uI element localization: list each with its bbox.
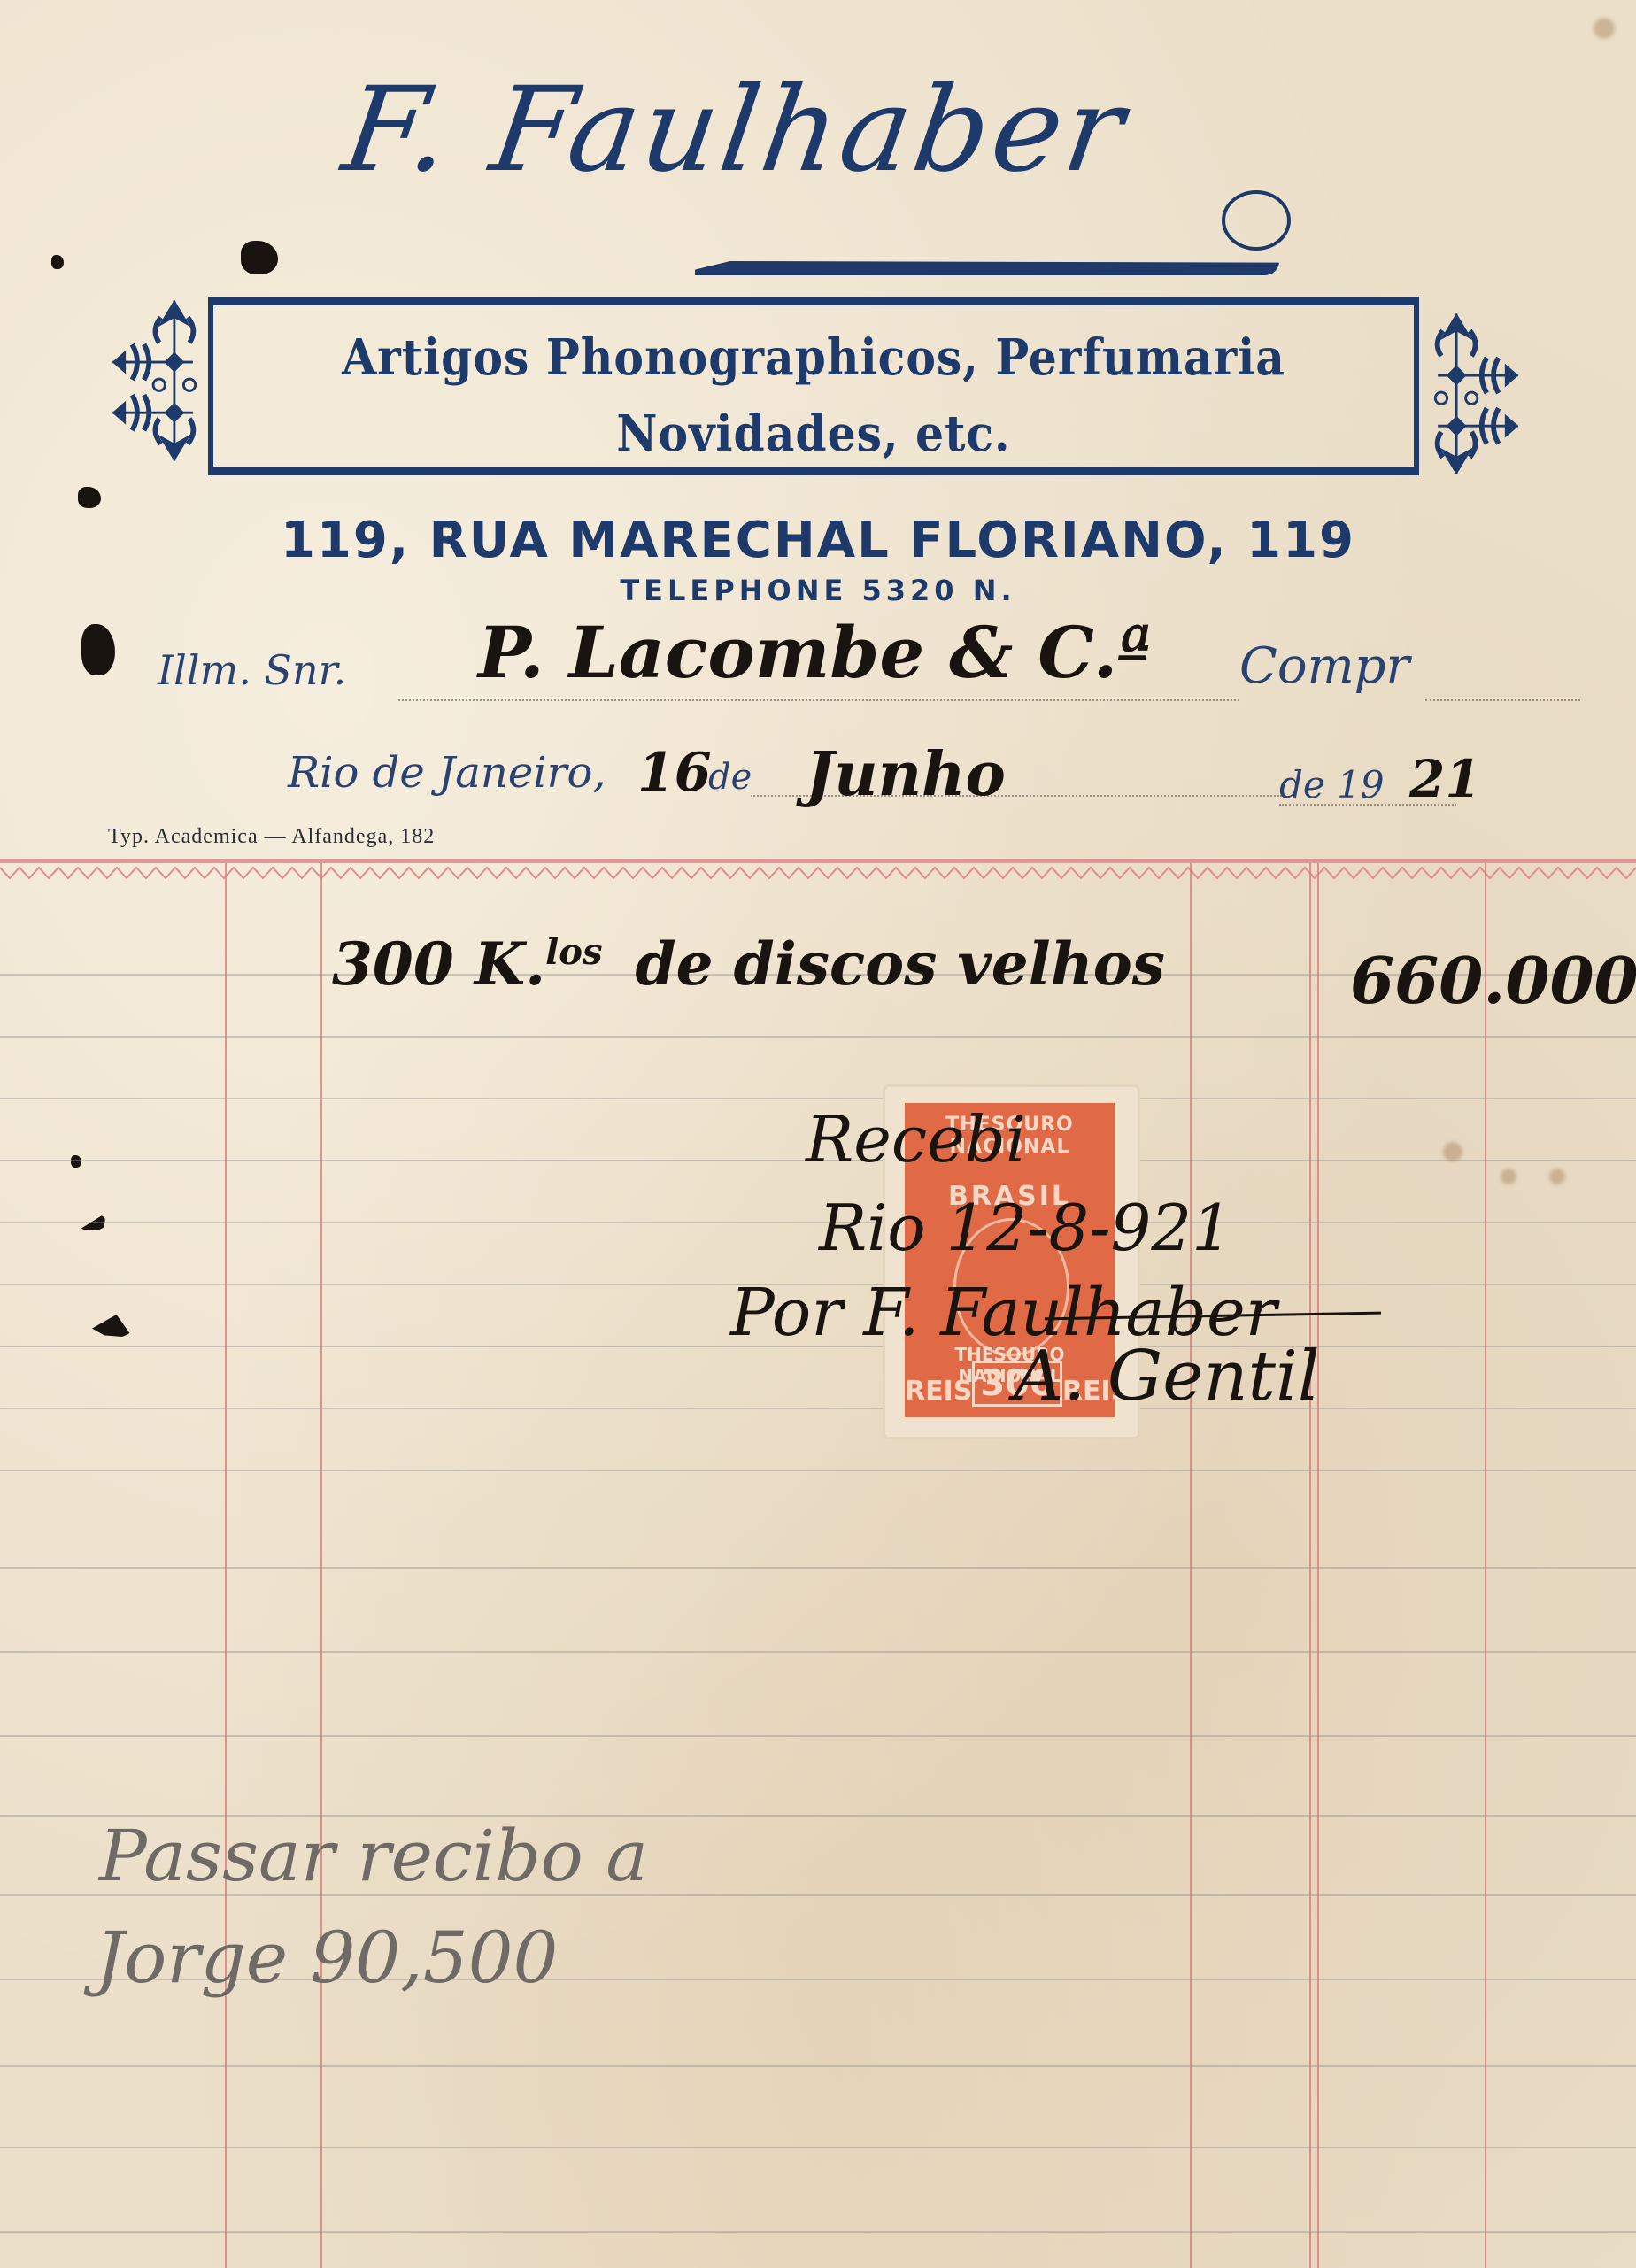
ornament-right-icon <box>1427 305 1524 482</box>
year-line <box>1279 804 1456 806</box>
paper-hole <box>71 1155 81 1168</box>
foxing-stain <box>1549 1169 1565 1184</box>
item-amount[interactable]: 660.000 <box>1350 943 1636 1018</box>
ledger-top-rule <box>0 859 1636 863</box>
ledger-column-rule <box>225 863 227 2268</box>
paper-hole <box>78 487 101 508</box>
foxing-stain <box>1594 18 1615 39</box>
ledger-column-rule <box>1309 863 1311 2268</box>
foxing-stain <box>1443 1142 1462 1161</box>
ledger-row-rule <box>0 1735 1636 1737</box>
ledger-row-rule <box>0 1222 1636 1223</box>
date-day[interactable]: 16 <box>637 742 712 804</box>
ledger-zigzag-border <box>0 865 1636 881</box>
receipt-line-1: Recebi <box>806 1102 1026 1176</box>
salutation-label: Illm. Snr. <box>158 646 346 694</box>
store-address: 119, RUA MARECHAL FLORIANO, 119 <box>0 512 1636 569</box>
banner-tagline-2: Novidades, etc. <box>213 405 1414 463</box>
ledger-row-rule <box>0 2065 1636 2067</box>
ledger-row-rule <box>0 1651 1636 1653</box>
compr-label: Compr <box>1239 637 1409 695</box>
item-unit: K. <box>475 930 545 999</box>
ledger-row-rule <box>0 1036 1636 1038</box>
paper-hole <box>241 241 278 274</box>
brand-flourish <box>1222 190 1291 251</box>
ornament-left-icon <box>106 292 204 469</box>
banner-tagline-1: Artigos Phonographicos, Perfumaria <box>213 328 1414 387</box>
ledger-row-rule <box>0 1408 1636 1409</box>
receipt-signature: A. Gentil <box>1014 1337 1320 1416</box>
ledger-row-rule <box>0 1098 1636 1099</box>
brand-name: F. Faulhaber <box>336 62 1135 198</box>
pencil-note-line-2: Jorge 90,500 <box>96 1917 558 1999</box>
ledger-column-rule <box>1190 863 1192 2268</box>
item-quantity: 300 <box>332 930 454 999</box>
date-month[interactable]: Junho <box>806 739 1006 810</box>
pencil-note-line-1: Passar recibo a <box>99 1815 648 1897</box>
year-label: de 19 <box>1279 763 1385 806</box>
letterhead-banner: Artigos Phonographicos, Perfumaria Novid… <box>208 297 1419 475</box>
de-label: de <box>708 757 752 798</box>
ledger-column-rule <box>1485 863 1486 2268</box>
line-item-row[interactable]: 300 K.los de discos velhos <box>332 930 1165 999</box>
foxing-stain <box>1501 1169 1516 1184</box>
receipt-line-2: Rio 12-8-921 <box>819 1191 1232 1265</box>
ledger-row-rule <box>0 2231 1636 2233</box>
city-label: Rio de Janeiro, <box>288 748 606 798</box>
ledger-column-rule <box>1317 863 1319 2268</box>
paper-hole <box>81 624 115 675</box>
ledger-column-rule <box>320 863 322 2268</box>
stamp-currency-left: REIS <box>905 1376 972 1407</box>
paper-hole <box>92 1315 133 1338</box>
brand-underline-swash <box>695 261 1279 275</box>
ledger-row-rule <box>0 2147 1636 2148</box>
item-description: de discos velhos <box>636 930 1165 999</box>
recipient-line <box>398 699 1239 701</box>
paper-hole <box>51 255 64 269</box>
ledger-row-rule <box>0 1567 1636 1569</box>
item-unit-superscript: los <box>545 931 602 973</box>
printer-credit: Typ. Academica — Alfandega, 182 <box>108 825 435 849</box>
recipient-name[interactable]: P. Lacombe & C.ª <box>478 611 1152 694</box>
year-suffix[interactable]: 21 <box>1409 749 1481 809</box>
ledger-row-rule <box>0 1470 1636 1471</box>
store-telephone: TELEPHONE 5320 N. <box>0 574 1636 607</box>
compr-line <box>1425 699 1580 701</box>
